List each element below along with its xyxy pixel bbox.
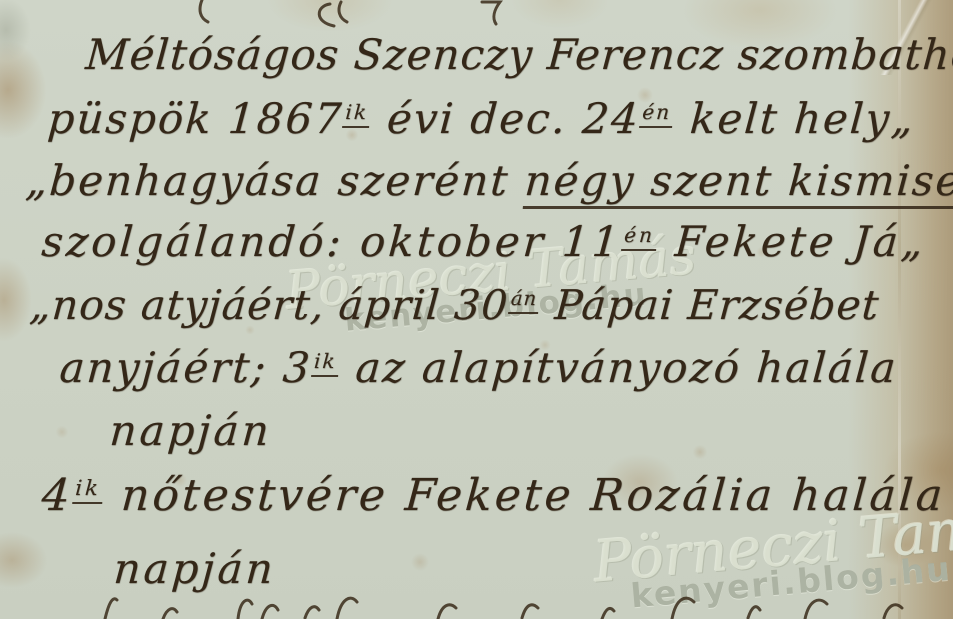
handwritten-text: Pápai Erzsébet [539,281,881,329]
handwritten-text: Méltóságos Szenczy Ferencz szombathelyi [84,30,953,79]
manuscript-line: napján [108,406,274,455]
superscript-ordinal: én [639,100,674,128]
handwritten-text: „nos atyjáért, ápril 30 [28,281,510,329]
handwritten-text: szolgálandó: oktober 11 [40,217,623,266]
cut-off-handwriting-bottom [0,592,953,619]
manuscript-line: „benhagyása szerént négy szent kismise [24,156,953,205]
handwritten-text: napján [112,544,278,593]
superscript-ordinal: án [508,287,540,314]
superscript-ordinal: én [621,223,658,251]
paper-crease-right-edge [898,0,901,619]
watermark-blog-url: kenyeri.blog.hu [629,540,953,615]
handwritten-text: anyjáért; 3 [58,343,313,392]
manuscript-page: Pörneczi Tamás kenyeri.blog.hu Pörneczi … [0,0,953,619]
manuscript-line: Méltóságos Szenczy Ferencz szombathelyi [84,30,953,79]
underlined-handwritten-text: négy szent kismise [523,156,953,209]
handwritten-text: az alapítványozó halála [339,343,900,392]
superscript-ordinal: ik [72,475,104,504]
handwritten-text: 4 [40,470,75,521]
handwritten-text: évi dec. 24 [370,94,642,143]
manuscript-line: „nos atyjáért, ápril 30án Pápai Erzsébet [28,281,881,329]
manuscript-line: 4ik nőtestvére Fekete Rozália halála [40,470,947,521]
cut-off-handwriting-top [0,0,953,28]
handwritten-text: püspök 1867 [46,94,345,143]
superscript-ordinal: ik [342,100,371,128]
handwritten-text: kelt hely„ [673,94,917,143]
superscript-ordinal: ik [311,349,340,377]
manuscript-line: püspök 1867ik évi dec. 24én kelt hely„ [46,94,917,143]
manuscript-line: anyjáért; 3ik az alapítványozó halála [58,343,899,392]
manuscript-line: szolgálandó: oktober 11én Fekete Já„ [40,217,927,266]
handwritten-text: Fekete Já„ [657,217,928,266]
handwritten-text: „benhagyása szerént [24,156,526,205]
manuscript-line: napján [112,544,278,593]
handwritten-text: nőtestvére Fekete Rozália halála [103,470,947,521]
handwritten-text: napján [108,406,274,455]
